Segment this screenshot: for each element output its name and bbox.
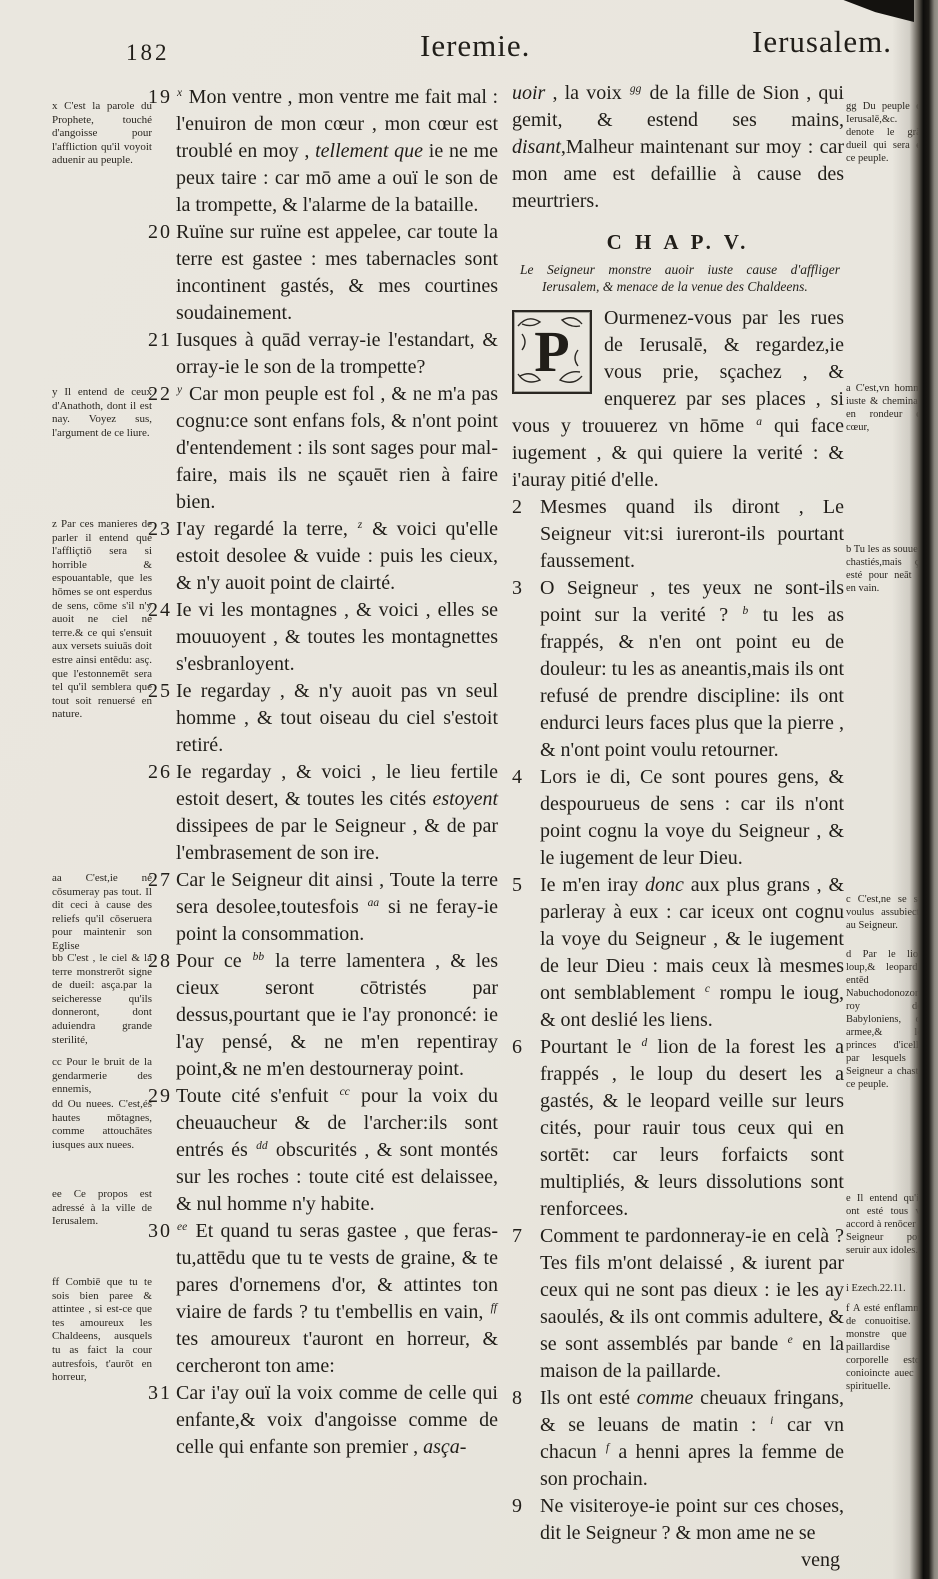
- verse-text: Lors ie di, Ce sont poures gens, & despo…: [540, 766, 844, 869]
- page-number: 182: [126, 40, 170, 66]
- chapter-heading: C H A P. V.: [512, 229, 844, 256]
- verse-text: tellement que: [315, 140, 423, 162]
- verse-23: 23I'ay regardé la terre, z & voici qu'el…: [148, 516, 498, 597]
- verse-number: 25: [148, 678, 176, 705]
- note-reference-mark: x: [176, 87, 183, 99]
- note-reference-mark: cc: [339, 1086, 351, 1098]
- verse-text: estoyent: [432, 788, 498, 810]
- verse-6: 6Pourtant le d lion de la forest les a f…: [512, 1034, 844, 1223]
- verse-9: 9Ne visiteroye-ie point sur ces choses, …: [512, 1493, 844, 1547]
- verse-text: Ils ont esté: [540, 1387, 637, 1409]
- verse-number: 8: [512, 1385, 540, 1412]
- note-reference-mark: c: [704, 983, 711, 995]
- verse-text: Et quand tu seras gastee , que feras-tu,…: [176, 1220, 498, 1323]
- note-reference-mark: d: [640, 1037, 648, 1049]
- verse-24: 24Ie vi les montagnes , & voici , elles …: [148, 597, 498, 678]
- verse-number: 22: [148, 381, 176, 408]
- verse-4: 4Lors ie di, Ce sont poures gens, & desp…: [512, 764, 844, 872]
- running-head-book: Ieremie.: [420, 28, 530, 64]
- verse-number: 26: [148, 759, 176, 786]
- verse-27: 27Car le Seigneur dit ainsi , Toute la t…: [148, 867, 498, 948]
- verse-7: 7Comment te pardonneray-ie en celà ? Tes…: [512, 1223, 844, 1385]
- note-reference-mark: b: [742, 605, 750, 617]
- verse-30: 30ee Et quand tu seras gastee , que fera…: [148, 1218, 498, 1380]
- verse-text: disant: [512, 136, 561, 158]
- verse-8: 8Ils ont esté comme cheuaux fringans, & …: [512, 1385, 844, 1493]
- left-text-column: 19x Mon ventre , mon ventre me fait mal …: [148, 84, 498, 1461]
- verse-1: P Ourmenez-vous par les rues de Ierusalē…: [512, 305, 844, 494]
- verse-number: 4: [512, 764, 540, 791]
- verse-25: 25Ie regarday , & n'y auoit pas vn seul …: [148, 678, 498, 759]
- verse-text: donc: [645, 874, 684, 896]
- verse-text: Ie vi les montagnes , & voici , elles se…: [176, 599, 498, 675]
- verse-text: lion de la forest les a frappés , le lou…: [540, 1036, 844, 1220]
- note-reference-mark: ee: [176, 1221, 188, 1233]
- note-reference-mark: f: [605, 1442, 610, 1454]
- right-text-column: uoir , la voix gg de la fille de Sion , …: [512, 80, 844, 1574]
- note-reference-mark: gg: [629, 83, 643, 95]
- verse-text: ,Malheur maintenant sur moy : car mon am…: [512, 136, 844, 212]
- note-reference-mark: e: [787, 1334, 794, 1346]
- left-margin-note-aa: aa C'est,ie ne cōsumeray pas tout. Il di…: [52, 872, 152, 954]
- verse-29: 29Toute cité s'enfuit cc pour la voix du…: [148, 1083, 498, 1218]
- verse-number: 5: [512, 872, 540, 899]
- verse-2: 2Mesmes quand ils diront , Le Seigneur v…: [512, 494, 844, 575]
- verse-number: 20: [148, 219, 176, 246]
- verse-text: dissipees de par le Seigneur , & de par …: [176, 815, 498, 864]
- verse-text: I'ay regardé la terre,: [176, 518, 357, 540]
- verse-5: 5Ie m'en iray donc aux plus grans , & pa…: [512, 872, 844, 1034]
- verse-number: 29: [148, 1083, 176, 1110]
- verse-21: 21Iusques à quād verray-ie l'estandart, …: [148, 327, 498, 381]
- running-head-place: Ierusalem.: [752, 24, 892, 60]
- verse-number: 9: [512, 1493, 540, 1520]
- drop-cap-ornament: P: [512, 310, 592, 394]
- verse-text: Comment te pardonneray-ie en celà ? Tes …: [540, 1225, 844, 1355]
- verse-number: 31: [148, 1380, 176, 1407]
- verse-3: 3O Seigneur , tes yeux ne sont-ils point…: [512, 575, 844, 764]
- verse-number: 24: [148, 597, 176, 624]
- left-margin-note-ee: ee Ce propos est adressé à la ville de I…: [52, 1188, 152, 1229]
- verse-text: Iusques à quād verray-ie l'estandart, & …: [176, 329, 498, 378]
- note-reference-mark: z: [357, 519, 363, 531]
- drop-cap-initial: P: [514, 314, 590, 390]
- verse-number: 19: [148, 84, 176, 111]
- left-margin-note-z: z Par ces manieres de parler il entend q…: [52, 518, 152, 722]
- verse-text: asça-: [423, 1436, 466, 1458]
- verse-number: 2: [512, 494, 540, 521]
- left-margin-note-y: y Il entend de ceux d'Anathoth, dont il …: [52, 386, 152, 440]
- verse-text: Ie regarday , & n'y auoit pas vn seul ho…: [176, 680, 498, 756]
- verse-text: tu les as frappés, & n'en ont point eu d…: [540, 604, 844, 761]
- verse-text: Mesmes quand ils diront , Le Seigneur vi…: [540, 496, 844, 572]
- left-margin-note-x: x C'est la parole du Prophete, touché d'…: [52, 100, 152, 168]
- verse-text: uoir: [512, 82, 545, 104]
- verse-31: 31Car i'ay ouï la voix comme de celle qu…: [148, 1380, 498, 1461]
- verse-number: 27: [148, 867, 176, 894]
- verse-text: comme: [637, 1387, 694, 1409]
- verse-text: , la voix: [545, 82, 629, 104]
- verse-number: 23: [148, 516, 176, 543]
- note-reference-mark: bb: [252, 951, 266, 963]
- verse-number: 7: [512, 1223, 540, 1250]
- verse-28: 28Pour ce bb la terre lamentera , & les …: [148, 948, 498, 1083]
- catchword: veng: [512, 1547, 844, 1574]
- verse-text: Ruïne sur ruïne est appelee, car toute l…: [176, 221, 498, 324]
- left-margin-note-dd: dd Ou nuees. C'est,és hautes mōtagnes, c…: [52, 1098, 152, 1152]
- verse-number: 6: [512, 1034, 540, 1061]
- verse-text: tes amoureux t'auront en horreur, & cerc…: [176, 1328, 498, 1377]
- verse-number: 21: [148, 327, 176, 354]
- verse-text: Car mon peuple est fol , & ne m'a pas co…: [176, 383, 498, 513]
- verse-number: 30: [148, 1218, 176, 1245]
- note-reference-mark: y: [176, 384, 183, 396]
- verse-text: Pour ce: [176, 950, 252, 972]
- verse-26: 26Ie regarday , & voici , le lieu fertil…: [148, 759, 498, 867]
- verse-text: Ne visiteroye-ie point sur ces choses, d…: [540, 1495, 844, 1544]
- left-margin-note-bb: bb C'est , le ciel & la terre monstrerōt…: [52, 952, 152, 1047]
- verse-text: Pourtant le: [540, 1036, 640, 1058]
- note-reference-mark: i: [769, 1415, 774, 1427]
- verse-text: Ie m'en iray: [540, 874, 645, 896]
- note-reference-mark: a: [755, 416, 763, 428]
- verse-19: 19x Mon ventre , mon ventre me fait mal …: [148, 84, 498, 219]
- note-reference-mark: aa: [367, 897, 381, 909]
- left-margin-note-cc: cc Pour le bruit de la gendarmerie des e…: [52, 1056, 152, 1097]
- chapter-summary: Le Seigneur monstre auoir iuste cause d'…: [520, 262, 840, 295]
- verse-20: 20Ruïne sur ruïne est appelee, car toute…: [148, 219, 498, 327]
- scanned-book-page: 182 Ieremie. Ierusalem. 19x Mon ventre ,…: [0, 0, 938, 1579]
- verse-22: 22y Car mon peuple est fol , & ne m'a pa…: [148, 381, 498, 516]
- note-reference-mark: dd: [255, 1140, 269, 1152]
- verse-number: 3: [512, 575, 540, 602]
- left-margin-note-ff: ff Combiē que tu te sois bien paree & at…: [52, 1276, 152, 1385]
- verse-31-continuation: uoir , la voix gg de la fille de Sion , …: [512, 80, 844, 215]
- note-reference-mark: ff: [490, 1302, 498, 1314]
- book-gutter-shadow: [892, 0, 938, 1579]
- verse-number: 28: [148, 948, 176, 975]
- verse-text: Toute cité s'enfuit: [176, 1085, 339, 1107]
